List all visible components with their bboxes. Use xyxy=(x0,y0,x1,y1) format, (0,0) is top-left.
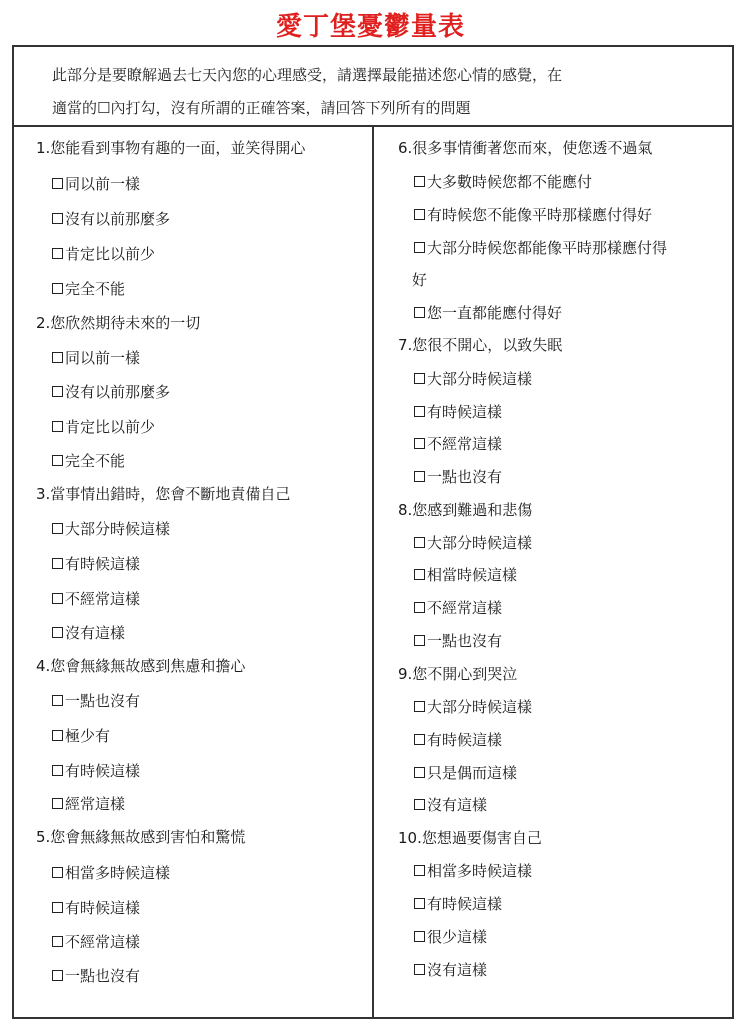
question-3-option-2[interactable]: 有時候這樣 xyxy=(52,553,140,574)
question-9-label: 9.您不開心到哭泣 xyxy=(398,663,517,684)
question-6-label: 6.很多事情衝著您而來，使您透不過氣 xyxy=(398,137,652,158)
checkbox-icon[interactable] xyxy=(414,406,425,417)
checkbox-icon[interactable] xyxy=(52,798,63,809)
checkbox-icon[interactable] xyxy=(52,867,63,878)
checkbox-icon[interactable] xyxy=(52,248,63,259)
column-divider xyxy=(372,127,374,1017)
checkbox-icon[interactable] xyxy=(52,902,63,913)
question-5-option-4[interactable]: 一點也沒有 xyxy=(52,965,140,986)
page-title: 愛丁堡憂鬱量表 xyxy=(0,6,741,43)
question-9-option-3[interactable]: 只是偶而這樣 xyxy=(414,762,517,783)
question-6-option-3[interactable]: 大部分時候您都能像平時那樣應付得 xyxy=(414,237,667,258)
question-7-option-3[interactable]: 不經常這樣 xyxy=(414,433,502,454)
instructions-line-1: 此部分是要瞭解過去七天內您的心理感受，請選擇最能描述您心情的感覺，在 xyxy=(52,64,562,85)
question-8-label: 8.您感到難過和悲傷 xyxy=(398,499,532,520)
checkbox-icon[interactable] xyxy=(414,242,425,253)
checkbox-icon[interactable] xyxy=(414,964,425,975)
question-10-label: 10.您想過要傷害自己 xyxy=(398,827,542,848)
question-2-option-1[interactable]: 同以前一樣 xyxy=(52,347,140,368)
checkbox-icon[interactable] xyxy=(414,471,425,482)
instructions-line-2: 適當的☐內打勾，沒有所謂的正確答案，請回答下列所有的問題 xyxy=(52,97,470,118)
checkbox-icon[interactable] xyxy=(414,865,425,876)
questionnaire-frame: 此部分是要瞭解過去七天內您的心理感受，請選擇最能描述您心情的感覺，在 適當的☐內… xyxy=(12,45,734,1019)
question-7-option-1[interactable]: 大部分時候這樣 xyxy=(414,368,532,389)
checkbox-icon[interactable] xyxy=(414,635,425,646)
question-9-option-1[interactable]: 大部分時候這樣 xyxy=(414,696,532,717)
checkbox-icon[interactable] xyxy=(414,767,425,778)
question-6-option-1[interactable]: 大多數時候您都不能應付 xyxy=(414,171,592,192)
question-7-option-4[interactable]: 一點也沒有 xyxy=(414,466,502,487)
checkbox-icon[interactable] xyxy=(414,602,425,613)
question-5-option-3[interactable]: 不經常這樣 xyxy=(52,931,140,952)
checkbox-icon[interactable] xyxy=(52,970,63,981)
checkbox-icon[interactable] xyxy=(52,352,63,363)
question-6-option-3-wrap: 好 xyxy=(412,269,427,290)
question-8-option-4[interactable]: 一點也沒有 xyxy=(414,630,502,651)
question-4-option-2[interactable]: 極少有 xyxy=(52,725,110,746)
checkbox-icon[interactable] xyxy=(52,421,63,432)
question-5-label: 5.您會無緣無故感到害怕和驚慌 xyxy=(36,826,245,847)
question-5-option-2[interactable]: 有時候這樣 xyxy=(52,897,140,918)
question-8-option-3[interactable]: 不經常這樣 xyxy=(414,597,502,618)
checkbox-icon[interactable] xyxy=(52,730,63,741)
question-1-option-2[interactable]: 沒有以前那麼多 xyxy=(52,208,170,229)
question-2-option-3[interactable]: 肯定比以前少 xyxy=(52,416,155,437)
checkbox-icon[interactable] xyxy=(414,898,425,909)
checkbox-icon[interactable] xyxy=(52,627,63,638)
checkbox-icon[interactable] xyxy=(414,701,425,712)
checkbox-icon[interactable] xyxy=(52,213,63,224)
checkbox-icon[interactable] xyxy=(414,209,425,220)
checkbox-icon[interactable] xyxy=(414,307,425,318)
question-7-label: 7.您很不開心，以致失眠 xyxy=(398,334,562,355)
question-4-option-3[interactable]: 有時候這樣 xyxy=(52,760,140,781)
checkbox-icon[interactable] xyxy=(414,537,425,548)
checkbox-icon[interactable] xyxy=(52,558,63,569)
checkbox-icon[interactable] xyxy=(52,765,63,776)
question-10-option-1[interactable]: 相當多時候這樣 xyxy=(414,860,532,881)
question-8-option-1[interactable]: 大部分時候這樣 xyxy=(414,532,532,553)
question-2-label: 2.您欣然期待未來的一切 xyxy=(36,312,200,333)
checkbox-icon[interactable] xyxy=(414,373,425,384)
question-2-option-2[interactable]: 沒有以前那麼多 xyxy=(52,381,170,402)
checkbox-icon[interactable] xyxy=(52,936,63,947)
question-3-option-4[interactable]: 沒有這樣 xyxy=(52,622,125,643)
checkbox-icon[interactable] xyxy=(414,931,425,942)
question-4-label: 4.您會無緣無故感到焦慮和擔心 xyxy=(36,655,245,676)
checkbox-icon[interactable] xyxy=(52,455,63,466)
checkbox-icon[interactable] xyxy=(52,593,63,604)
checkbox-icon[interactable] xyxy=(414,734,425,745)
question-10-option-4[interactable]: 沒有這樣 xyxy=(414,959,487,980)
question-2-option-4[interactable]: 完全不能 xyxy=(52,450,125,471)
checkbox-icon[interactable] xyxy=(414,569,425,580)
question-9-option-2[interactable]: 有時候這樣 xyxy=(414,729,502,750)
question-3-option-3[interactable]: 不經常這樣 xyxy=(52,588,140,609)
question-10-option-2[interactable]: 有時候這樣 xyxy=(414,893,502,914)
question-4-option-4[interactable]: 經常這樣 xyxy=(52,793,125,814)
instructions-box: 此部分是要瞭解過去七天內您的心理感受，請選擇最能描述您心情的感覺，在 適當的☐內… xyxy=(14,47,732,127)
question-3-option-1[interactable]: 大部分時候這樣 xyxy=(52,518,170,539)
question-1-label: 1.您能看到事物有趣的一面，並笑得開心 xyxy=(36,137,305,158)
question-10-option-3[interactable]: 很少這樣 xyxy=(414,926,487,947)
question-6-option-2[interactable]: 有時候您不能像平時那樣應付得好 xyxy=(414,204,652,225)
question-8-option-2[interactable]: 相當時候這樣 xyxy=(414,564,517,585)
checkbox-icon[interactable] xyxy=(52,178,63,189)
checkbox-icon[interactable] xyxy=(52,283,63,294)
checkbox-icon[interactable] xyxy=(52,386,63,397)
question-1-option-3[interactable]: 肯定比以前少 xyxy=(52,243,155,264)
checkbox-icon[interactable] xyxy=(414,438,425,449)
question-5-option-1[interactable]: 相當多時候這樣 xyxy=(52,862,170,883)
question-1-option-4[interactable]: 完全不能 xyxy=(52,278,125,299)
question-9-option-4[interactable]: 沒有這樣 xyxy=(414,794,487,815)
question-4-option-1[interactable]: 一點也沒有 xyxy=(52,690,140,711)
checkbox-icon[interactable] xyxy=(52,695,63,706)
question-3-label: 3.當事情出錯時，您會不斷地責備自己 xyxy=(36,483,290,504)
checkbox-icon[interactable] xyxy=(52,523,63,534)
checkbox-icon[interactable] xyxy=(414,176,425,187)
question-1-option-1[interactable]: 同以前一樣 xyxy=(52,173,140,194)
question-7-option-2[interactable]: 有時候這樣 xyxy=(414,401,502,422)
checkbox-icon[interactable] xyxy=(414,799,425,810)
question-6-option-4[interactable]: 您一直都能應付得好 xyxy=(414,302,562,323)
